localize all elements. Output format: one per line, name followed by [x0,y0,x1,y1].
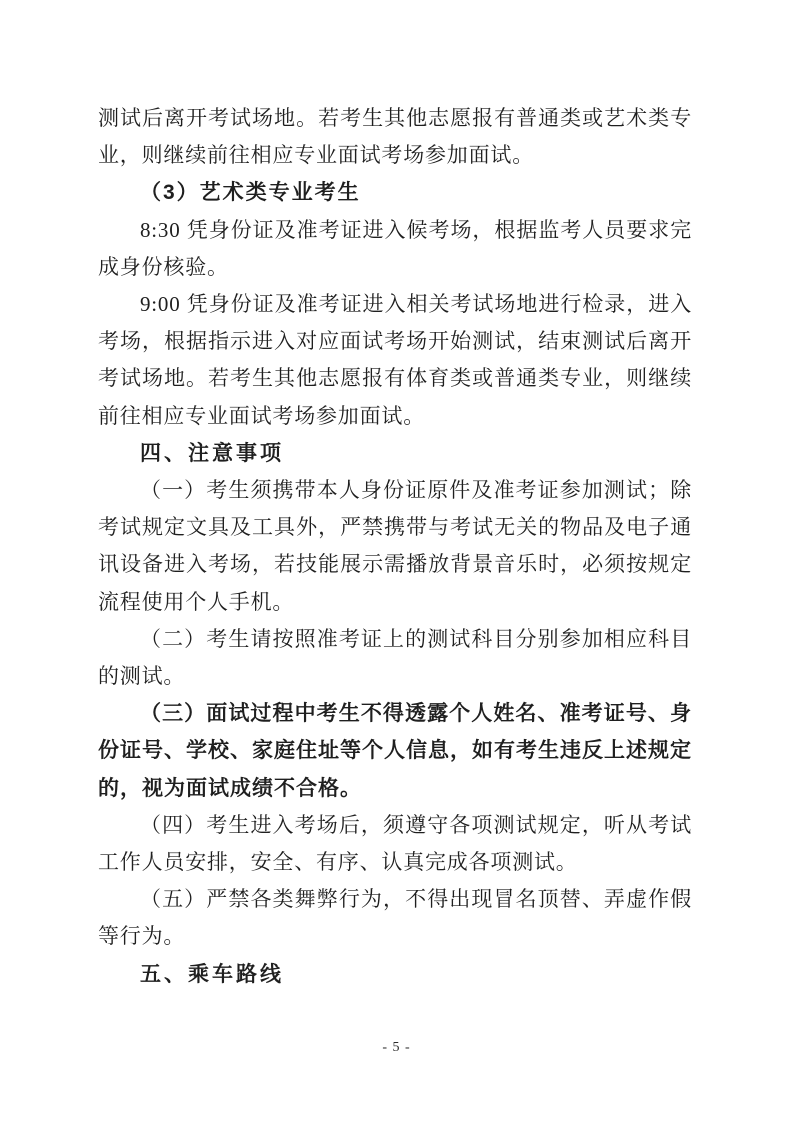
document-page: 测试后离开考试场地。若考生其他志愿报有普通类或艺术类专业，则继续前往相应专业面试… [0,0,793,1122]
paragraph: （五）严禁各类舞弊行为，不得出现冒名顶替、弄虚作假等行为。 [98,881,692,955]
paragraph: （一）考生须携带本人身份证原件及准考证参加测试；除考试规定文具及工具外，严禁携带… [98,472,692,621]
section-heading: （3）艺术类专业考生 [98,174,692,211]
paragraph: 8:30 凭身份证及准考证进入候考场，根据监考人员要求完成身份核验。 [98,212,692,286]
paragraph: （四）考生进入考场后，须遵守各项测试规定，听从考试工作人员安排，安全、有序、认真… [98,807,692,881]
paragraph: 9:00 凭身份证及准考证进入相关考试场地进行检录，进入考场，根据指示进入对应面… [98,286,692,435]
page-footer: - 5 - [0,1038,793,1056]
page-number: - 5 - [382,1040,410,1055]
page-body: 测试后离开考试场地。若考生其他志愿报有普通类或艺术类专业，则继续前往相应专业面试… [98,100,692,993]
section-heading: 五、乘车路线 [98,956,692,993]
paragraph: （三）面试过程中考生不得透露个人姓名、准考证号、身份证号、学校、家庭住址等个人信… [98,695,692,807]
paragraph: 测试后离开考试场地。若考生其他志愿报有普通类或艺术类专业，则继续前往相应专业面试… [98,100,692,174]
paragraph: （二）考生请按照准考证上的测试科目分别参加相应科目的测试。 [98,621,692,695]
section-heading: 四、注意事项 [98,435,692,472]
